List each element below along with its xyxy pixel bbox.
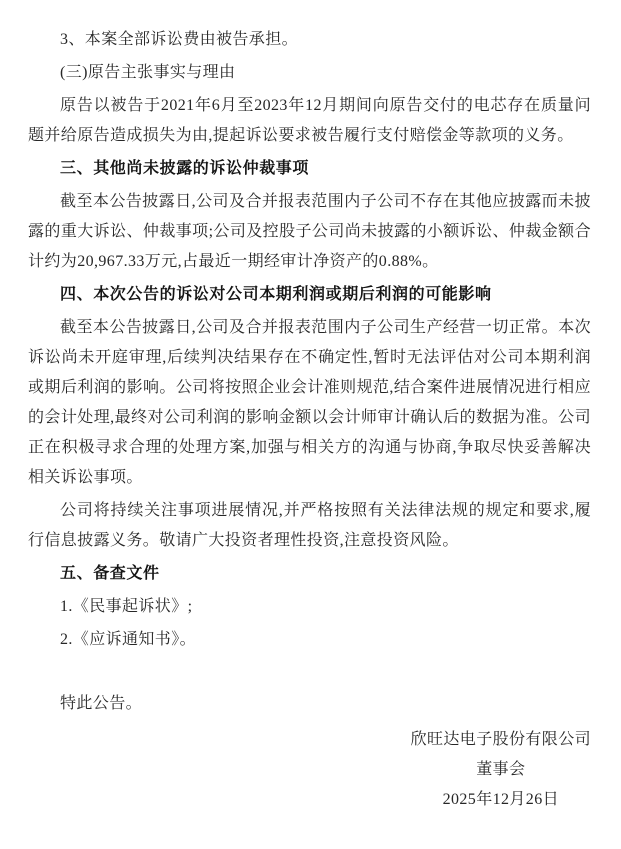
item-litigation-fee: 3、本案全部诉讼费由被告承担。 [28,25,591,55]
doc-item-civil-complaint: 1.《民事起诉状》; [28,592,591,622]
para-other-undisclosed: 截至本公告披露日,公司及合并报表范围内子公司不存在其他应披露而未披露的重大诉讼、… [28,187,591,277]
heading-profit-impact: 四、本次公告的诉讼对公司本期利润或期后利润的可能影响 [28,280,591,310]
para-profit-impact: 截至本公告披露日,公司及合并报表范围内子公司生产经营一切正常。本次诉讼尚未开庭审… [28,313,591,493]
subheading-plaintiff-claims: (三)原告主张事实与理由 [28,58,591,88]
closing-statement: 特此公告。 [28,689,591,719]
announcement-page: 3、本案全部诉讼费由被告承担。 (三)原告主张事实与理由 原告以被告于2021年… [0,0,621,849]
para-disclosure-commitment: 公司将持续关注事项进展情况,并严格按照有关法律法规的规定和要求,履行信息披露义务… [28,496,591,556]
signature-block: 欣旺达电子股份有限公司 董事会 2025年12月26日 [411,725,591,815]
heading-reference-documents: 五、备查文件 [28,559,591,589]
para-plaintiff-claim: 原告以被告于2021年6月至2023年12月期间向原告交付的电芯存在质量问题并给… [28,91,591,151]
doc-item-response-notice: 2.《应诉通知书》。 [28,625,591,655]
signature-company: 欣旺达电子股份有限公司 [411,725,591,755]
signature-board: 董事会 [411,755,591,785]
signature-date: 2025年12月26日 [411,785,591,815]
heading-other-undisclosed: 三、其他尚未披露的诉讼仲裁事项 [28,154,591,184]
